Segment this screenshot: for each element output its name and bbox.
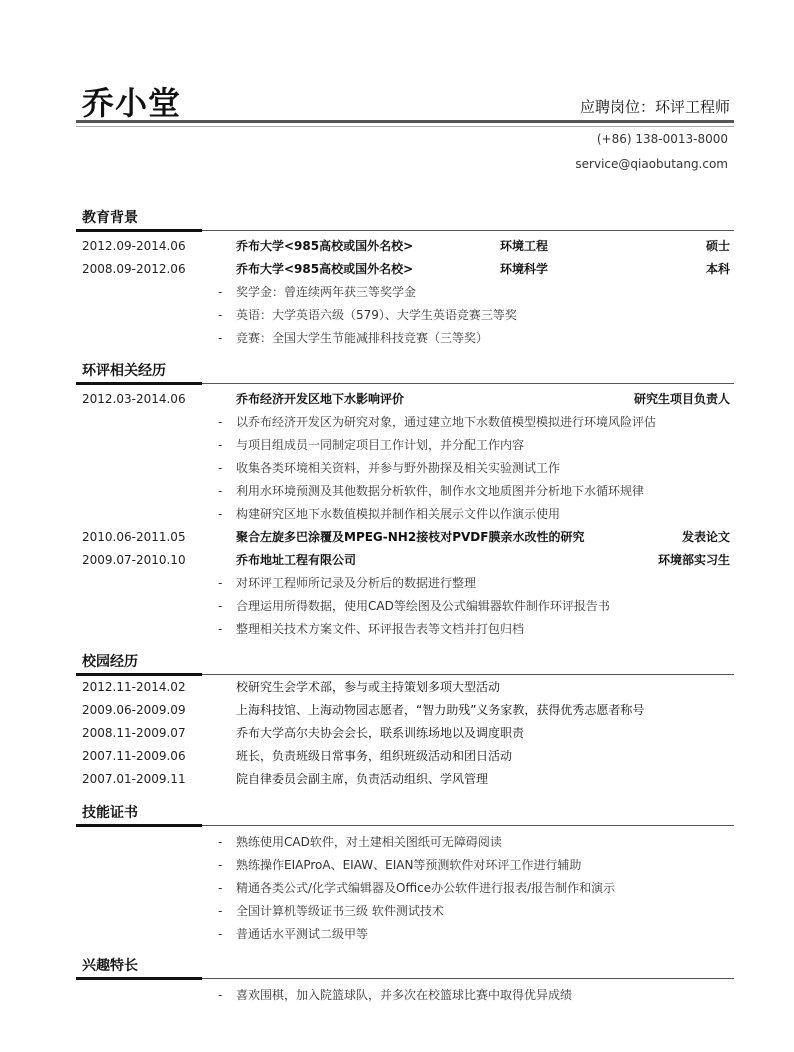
applied-position: 应聘岗位：环评工程师: [580, 96, 730, 117]
campus-row: 2009.06-2009.09 上海科技馆、上海动物园志愿者，“智力助残”义务家…: [76, 701, 734, 724]
bullet-item: - 精通各类公式/化学式编辑器及Office办公软件进行报表/报告制作和演示: [76, 879, 734, 902]
email: service@qiaobutang.com: [575, 157, 728, 171]
section-rule: [76, 824, 202, 827]
section-title: 校园经历: [82, 651, 138, 671]
phone: (+86) 138-0013-8000: [597, 132, 728, 146]
date: 2012.09-2014.06: [82, 237, 186, 255]
header-divider-thin: [76, 126, 734, 127]
experience-row: 2012.03-2014.06 乔布经济开发区地下水影响评价 研究生项目负责人: [76, 390, 734, 413]
section-rule: [202, 674, 734, 675]
section-rule: [76, 382, 202, 385]
bullet-item: - 合理运用所得数据，使用CAD等绘图及公式编辑器软件制作环评报告书: [76, 597, 734, 620]
bullet-item: - 英语：大学英语六级（579）、大学生英语竞赛三等奖: [76, 306, 734, 329]
section-rule: [76, 673, 202, 676]
campus-row: 2007.11-2009.06 班长，负责班级日常事务，组织班级活动和团日活动: [76, 747, 734, 770]
bullet-item: - 竞赛：全国大学生节能减排科技竞赛（三等奖）: [76, 329, 734, 352]
bullet-item: - 利用水环境预测及其他数据分析软件，制作水文地质图并分析地下水循环规律: [76, 482, 734, 505]
section-rule: [202, 825, 734, 826]
section-rule: [76, 977, 202, 980]
section-title: 教育背景: [82, 207, 138, 227]
section-rule: [76, 229, 202, 232]
section-title: 兴趣特长: [82, 955, 138, 975]
bullet-item: - 熟练操作EIAProA、EIAW、EIAN等预测软件对环评工作进行辅助: [76, 856, 734, 879]
candidate-name: 乔小堂: [82, 78, 181, 124]
education-row: 2012.09-2014.06 乔布大学<985高校或国外名校> 环境工程 硕士: [76, 237, 734, 260]
degree: 本科: [706, 260, 730, 278]
campus-row: 2008.11-2009.07 乔布大学高尔夫协会会长，联系训练场地以及调度职责: [76, 724, 734, 747]
section-rule: [202, 978, 734, 979]
major: 环境科学: [500, 260, 548, 278]
school: 乔布大学<985高校或国外名校>: [236, 237, 413, 255]
school: 乔布大学<985高校或国外名校>: [236, 260, 413, 278]
bullet-item: - 对环评工程师所记录及分析后的数据进行整理: [76, 574, 734, 597]
bullet-item: - 奖学金：曾连续两年获三等奖学金: [76, 283, 734, 306]
bullet-item: - 喜欢围棋，加入院篮球队，并多次在校篮球比赛中取得优异成绩: [76, 986, 734, 1009]
education-row: 2008.09-2012.06 乔布大学<985高校或国外名校> 环境科学 本科: [76, 260, 734, 283]
campus-row: 2012.11-2014.02 校研究生会学术部，参与或主持策划多项大型活动: [76, 678, 734, 701]
header-divider-thick: [76, 120, 734, 123]
experience-row: 2009.07-2010.10 乔布地址工程有限公司 环境部实习生: [76, 551, 734, 574]
section-title: 环评相关经历: [82, 360, 166, 380]
bullet-item: - 构建研究区地下水数值模拟并制作相关展示文件以作演示使用: [76, 505, 734, 528]
bullet-item: - 收集各类环境相关资料，并参与野外勘探及相关实验测试工作: [76, 459, 734, 482]
bullet-item: - 普通话水平测试二级甲等: [76, 925, 734, 948]
bullet-item: - 全国计算机等级证书三级 软件测试技术: [76, 902, 734, 925]
experience-row: 2010.06-2011.05 聚合左旋多巴涂覆及MPEG-NH2接枝对PVDF…: [76, 528, 734, 551]
date: 2008.09-2012.06: [82, 260, 186, 278]
major: 环境工程: [500, 237, 548, 255]
section-title: 技能证书: [82, 802, 138, 822]
bullet-item: - 与项目组成员一同制定项目工作计划，并分配工作内容: [76, 436, 734, 459]
bullet-item: - 整理相关技术方案文件、环评报告表等文档并打包归档: [76, 620, 734, 643]
degree: 硕士: [706, 237, 730, 255]
section-rule: [202, 230, 734, 231]
section-rule: [202, 383, 734, 384]
campus-row: 2007.01-2009.11 院自律委员会副主席，负责活动组织、学风管理: [76, 770, 734, 793]
bullet-item: - 以乔布经济开发区为研究对象，通过建立地下水数值模型模拟进行环境风险评估: [76, 413, 734, 436]
bullet-item: - 熟练使用CAD软件，对土建相关图纸可无障碍阅读: [76, 833, 734, 856]
